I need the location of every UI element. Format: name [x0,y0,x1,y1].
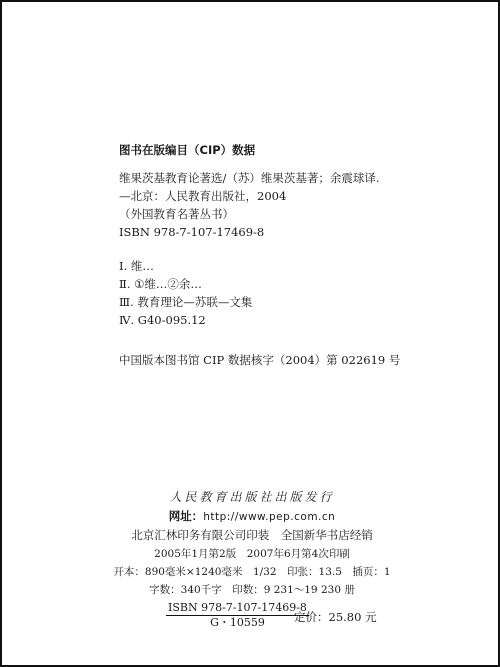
isbn-fraction: ISBN 978-7-107-17469-8 G・10559 [166,601,309,630]
price: 定价：25.80 元 [294,609,377,625]
cip-class-4: Ⅳ. G40-095.12 [119,313,206,327]
counts-line: 字数：340千字 印数：9 231～19 230 册 [2,583,500,597]
format-line: 开本：890毫米×1240毫米 1/32 印张：13.5 插页：1 [2,565,500,579]
cip-isbn-line: ISBN 978-7-107-17469-8 [119,225,264,239]
cip-core-number: 中国版本图书馆 CIP 数据核字（2004）第 022619 号 [119,353,400,367]
cip-series-line: （外国教育名著丛书） [119,207,234,221]
cip-heading: 图书在版编目（CIP）数据 [119,143,255,157]
cip-class-1: Ⅰ. 维… [119,259,154,273]
publisher-name: 人民教育出版社出版发行 [2,490,500,504]
edition-line: 2005年1月第2版 2007年6月第4次印刷 [2,547,500,561]
cip-title-line: 维果茨基教育论著选/（苏）维果茨基著；余震球译. [119,171,380,185]
website-line: 网址：http://www.pep.com.cn [2,509,500,524]
cip-class-3: Ⅲ. 教育理论—苏联—文集 [119,295,252,309]
printer-line: 北京汇林印务有限公司印装 全国新华书店经销 [2,528,500,542]
cip-publisher-line: —北京：人民教育出版社，2004 [119,189,286,203]
website-label: 网址： [169,509,204,523]
website-url: http://www.pep.com.cn [203,511,335,523]
catalog-number: G・10559 [166,616,309,630]
copyright-page: 图书在版编目（CIP）数据 维果茨基教育论著选/（苏）维果茨基著；余震球译. —… [0,0,500,667]
isbn-number: ISBN 978-7-107-17469-8 [166,601,309,616]
cip-class-2: Ⅱ. ①维…②余… [119,277,202,291]
